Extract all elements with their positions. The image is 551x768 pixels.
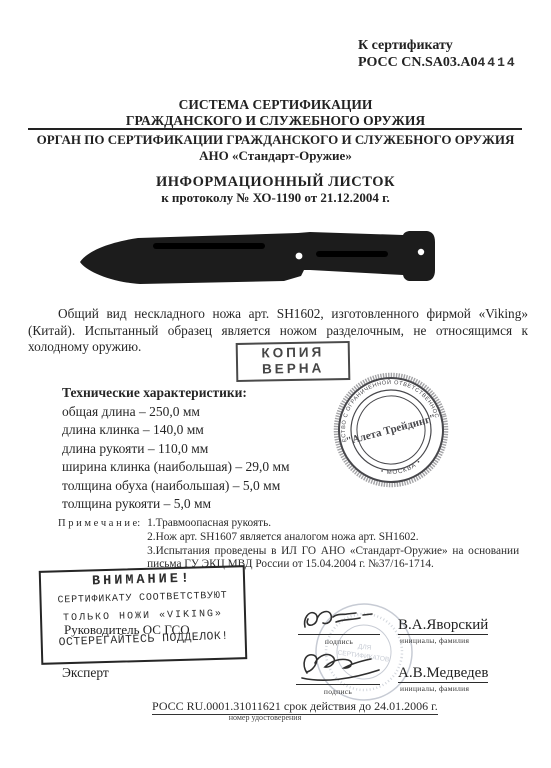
signature-caption: подпись [296,687,380,696]
stamp-ring-bottom-text: • МОСКВА • [379,457,425,480]
company-round-stamp: ОБЩЕСТВО С ОГРАНИЧЕННОЙ ОТВЕТСТВЕННОСТЬЮ… [324,370,458,490]
copy-stamp-line1: КОПИЯ [238,344,348,362]
header-organ-line2: АНО «Стандарт-Оружие» [0,148,551,164]
spec-item: толщина обуха (наибольшая) – 5,0 мм [62,477,290,495]
signatory-name: В.А.Яворский [398,617,488,635]
notes-block: П р и м е ч а н и е: 1.Травмоопасная рук… [58,517,519,572]
spec-item: общая длина – 250,0 мм [62,403,290,421]
signature-line [298,634,380,635]
stamp-center-text: "Алета Трейдинг" [345,412,437,448]
name-caption: инициалы, фамилия [400,684,469,693]
technical-specs: Технические характеристики: общая длина … [62,385,290,513]
knife-photo [58,224,520,302]
header-system-line2: ГРАЖДАНСКОГО И СЛУЖЕБНОГО ОРУЖИЯ [0,113,551,129]
spec-item: длина клинка – 140,0 мм [62,421,290,439]
header-system-line1: СИСТЕМА СЕРТИФИКАЦИИ [0,97,551,113]
signatory-name: А.В.Медведев [398,665,488,683]
knife-silhouette [80,231,435,284]
signature-caption: подпись [298,637,380,646]
certificate-reference: К сертификату РОСС CN.SA03.A04414 [358,37,517,71]
svg-text:• МОСКВА •: • МОСКВА • [379,457,425,480]
certificate-reference-label: К сертификату [358,37,517,54]
warning-line2: СЕРТИФИКАТУ СООТВЕТСТВУЮТ [41,590,243,607]
header-organ-line1: ОРГАН ПО СЕРТИФИКАЦИИ ГРАЖДАНСКОГО И СЛУ… [0,132,551,148]
signature-1 [300,606,384,634]
warning-line4: ОСТЕРЕГАЙТЕСЬ ПОДДЕЛОК! [43,629,245,650]
signature-2 [298,648,384,684]
document-page: К сертификату РОСС CN.SA03.A04414 СИСТЕМ… [0,0,551,768]
warning-line3: ТОЛЬКО НОЖИ «VIKING» [42,608,244,625]
spec-item: длина рукояти – 110,0 мм [62,440,290,458]
footer-caption: номер удостоверения [200,713,330,722]
document-title: ИНФОРМАЦИОННЫЙ ЛИСТОК [0,174,551,191]
name-caption: инициалы, фамилия [400,636,469,645]
certificate-number-printed: РОСС CN.SA03.A0 [358,55,477,70]
certificate-number: РОСС CN.SA03.A04414 [358,54,517,71]
note-item: 2.Нож арт. SH1607 является аналогом ножа… [147,531,519,545]
signature-line [296,684,380,685]
warning-stamp: ВНИМАНИЕ! СЕРТИФИКАТУ СООТВЕТСТВУЮТ ТОЛЬ… [39,565,248,665]
spec-item: ширина клинка (наибольшая) – 29,0 мм [62,458,290,476]
header-divider [28,128,522,130]
document-subtitle: к протоколу № ХО-1190 от 21.12.2004 г. [0,190,551,206]
spec-item: толщина рукояти – 5,0 мм [62,495,290,513]
specs-title: Технические характеристики: [62,385,290,401]
certificate-number-typed: 4414 [477,55,516,70]
warning-line1: ВНИМАНИЕ! [41,570,243,591]
signatory-role: Эксперт [62,665,109,681]
note-item: 1.Травмоопасная рукоять. [147,517,519,531]
notes-label: П р и м е ч а н и е: [58,517,140,529]
